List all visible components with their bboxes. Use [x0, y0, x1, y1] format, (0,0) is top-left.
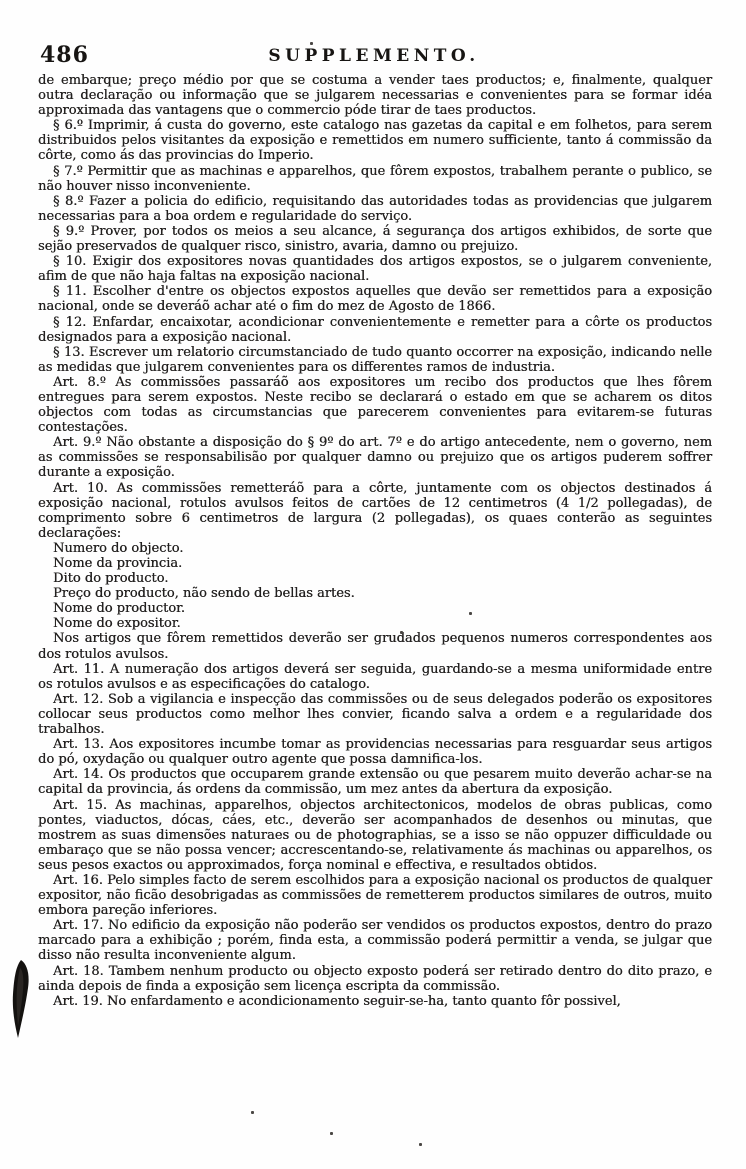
paragraph: Art. 16. Pelo simples facto de serem esc… [38, 873, 712, 918]
ink-blot-artifact [11, 960, 33, 1044]
paragraph: Art. 9.º Não obstante a disposição do § … [38, 435, 712, 480]
paragraph: § 11. Escolher d'entre os objectos expos… [38, 284, 712, 314]
scan-speck [400, 631, 403, 634]
paragraph: § 13. Escrever um relatorio circumstanci… [38, 345, 712, 375]
paragraph: § 12. Enfardar, encaixotar, acondicionar… [38, 315, 712, 345]
page-title: SUPPLEMENTO. [38, 46, 710, 66]
paragraph: Art. 15. As machinas, apparelhos, object… [38, 798, 712, 873]
paragraph: Nome do productor. [38, 601, 712, 616]
scan-speck [419, 1143, 422, 1146]
paragraph: Nome da provincia. [38, 556, 712, 571]
scan-speck [330, 1132, 333, 1135]
paragraph: de embarque; preço médio por que se cost… [38, 73, 712, 118]
scan-speck [469, 612, 472, 615]
paragraph: Art. 14. Os productos que occuparem gran… [38, 767, 712, 797]
paragraph: Art. 18. Tambem nenhum producto ou objec… [38, 964, 712, 994]
scan-speck [310, 42, 313, 45]
paragraph: Art. 8.º As commissões passaráõ aos expo… [38, 375, 712, 435]
paragraph: Preço do producto, não sendo de bellas a… [38, 586, 712, 601]
paragraph: § 10. Exigir dos expositores novas quant… [38, 254, 712, 284]
ink-blot-shape [11, 960, 33, 1040]
paragraph: Dito do producto. [38, 571, 712, 586]
paragraph: Art. 19. No enfardamento e acondicioname… [38, 994, 712, 1009]
paragraph: Nos artigos que fôrem remettidos deverão… [38, 631, 712, 661]
document-body: de embarque; preço médio por que se cost… [38, 73, 712, 1009]
paragraph: Art. 10. As commissões remetteráõ para a… [38, 481, 712, 541]
paragraph: § 9.º Prover, por todos os meios a seu a… [38, 224, 712, 254]
page-header: 486 SUPPLEMENTO. [38, 42, 710, 70]
paragraph: Art. 12. Sob a vigilancia e inspecção da… [38, 692, 712, 737]
paragraph: Numero do objecto. [38, 541, 712, 556]
scanned-document-page: 486 SUPPLEMENTO. de embarque; preço médi… [0, 0, 746, 1169]
paragraph: § 7.º Permittir que as machinas e appare… [38, 164, 712, 194]
paragraph: § 8.º Fazer a policia do edificio, requi… [38, 194, 712, 224]
scan-speck [251, 1111, 254, 1114]
paragraph: Art. 17. No edificio da exposição não po… [38, 918, 712, 963]
paragraph: Nome do expositor. [38, 616, 712, 631]
paragraph: § 6.º Imprimir, á custa do governo, este… [38, 118, 712, 163]
paragraph: Art. 11. A numeração dos artigos deverá … [38, 662, 712, 692]
paragraph: Art. 13. Aos expositores incumbe tomar a… [38, 737, 712, 767]
